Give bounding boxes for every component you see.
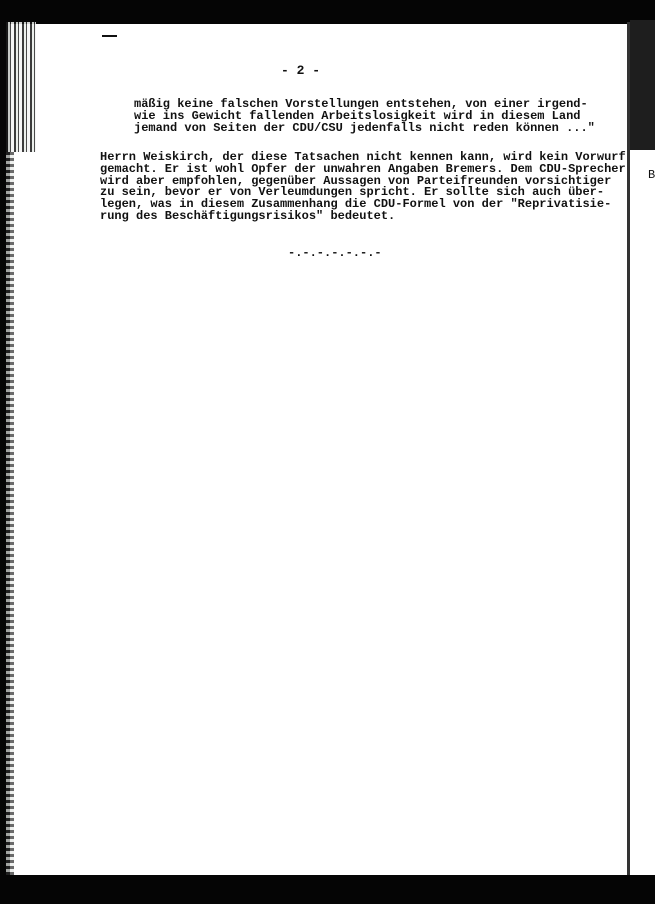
page-number: - 2 - <box>281 65 320 77</box>
paragraph-line: rung des Beschäftigungsrisikos" bedeutet… <box>100 211 626 223</box>
adjacent-page-letter: B <box>648 168 655 182</box>
adjacent-page <box>630 150 655 875</box>
binding-edge <box>6 22 36 152</box>
binding-edge-lower <box>6 152 14 875</box>
quote-line: jemand von Seiten der CDU/CSU jedenfalls… <box>134 123 595 135</box>
adjacent-page-shadow <box>630 20 655 150</box>
body-paragraph: Herrn Weiskirch, der diese Tatsachen nic… <box>100 152 626 223</box>
end-mark: -.-.-.-.-.-.- <box>288 248 382 260</box>
stray-mark <box>102 35 117 37</box>
quote-block: mäßig keine falschen Vorstellungen entst… <box>134 99 595 134</box>
